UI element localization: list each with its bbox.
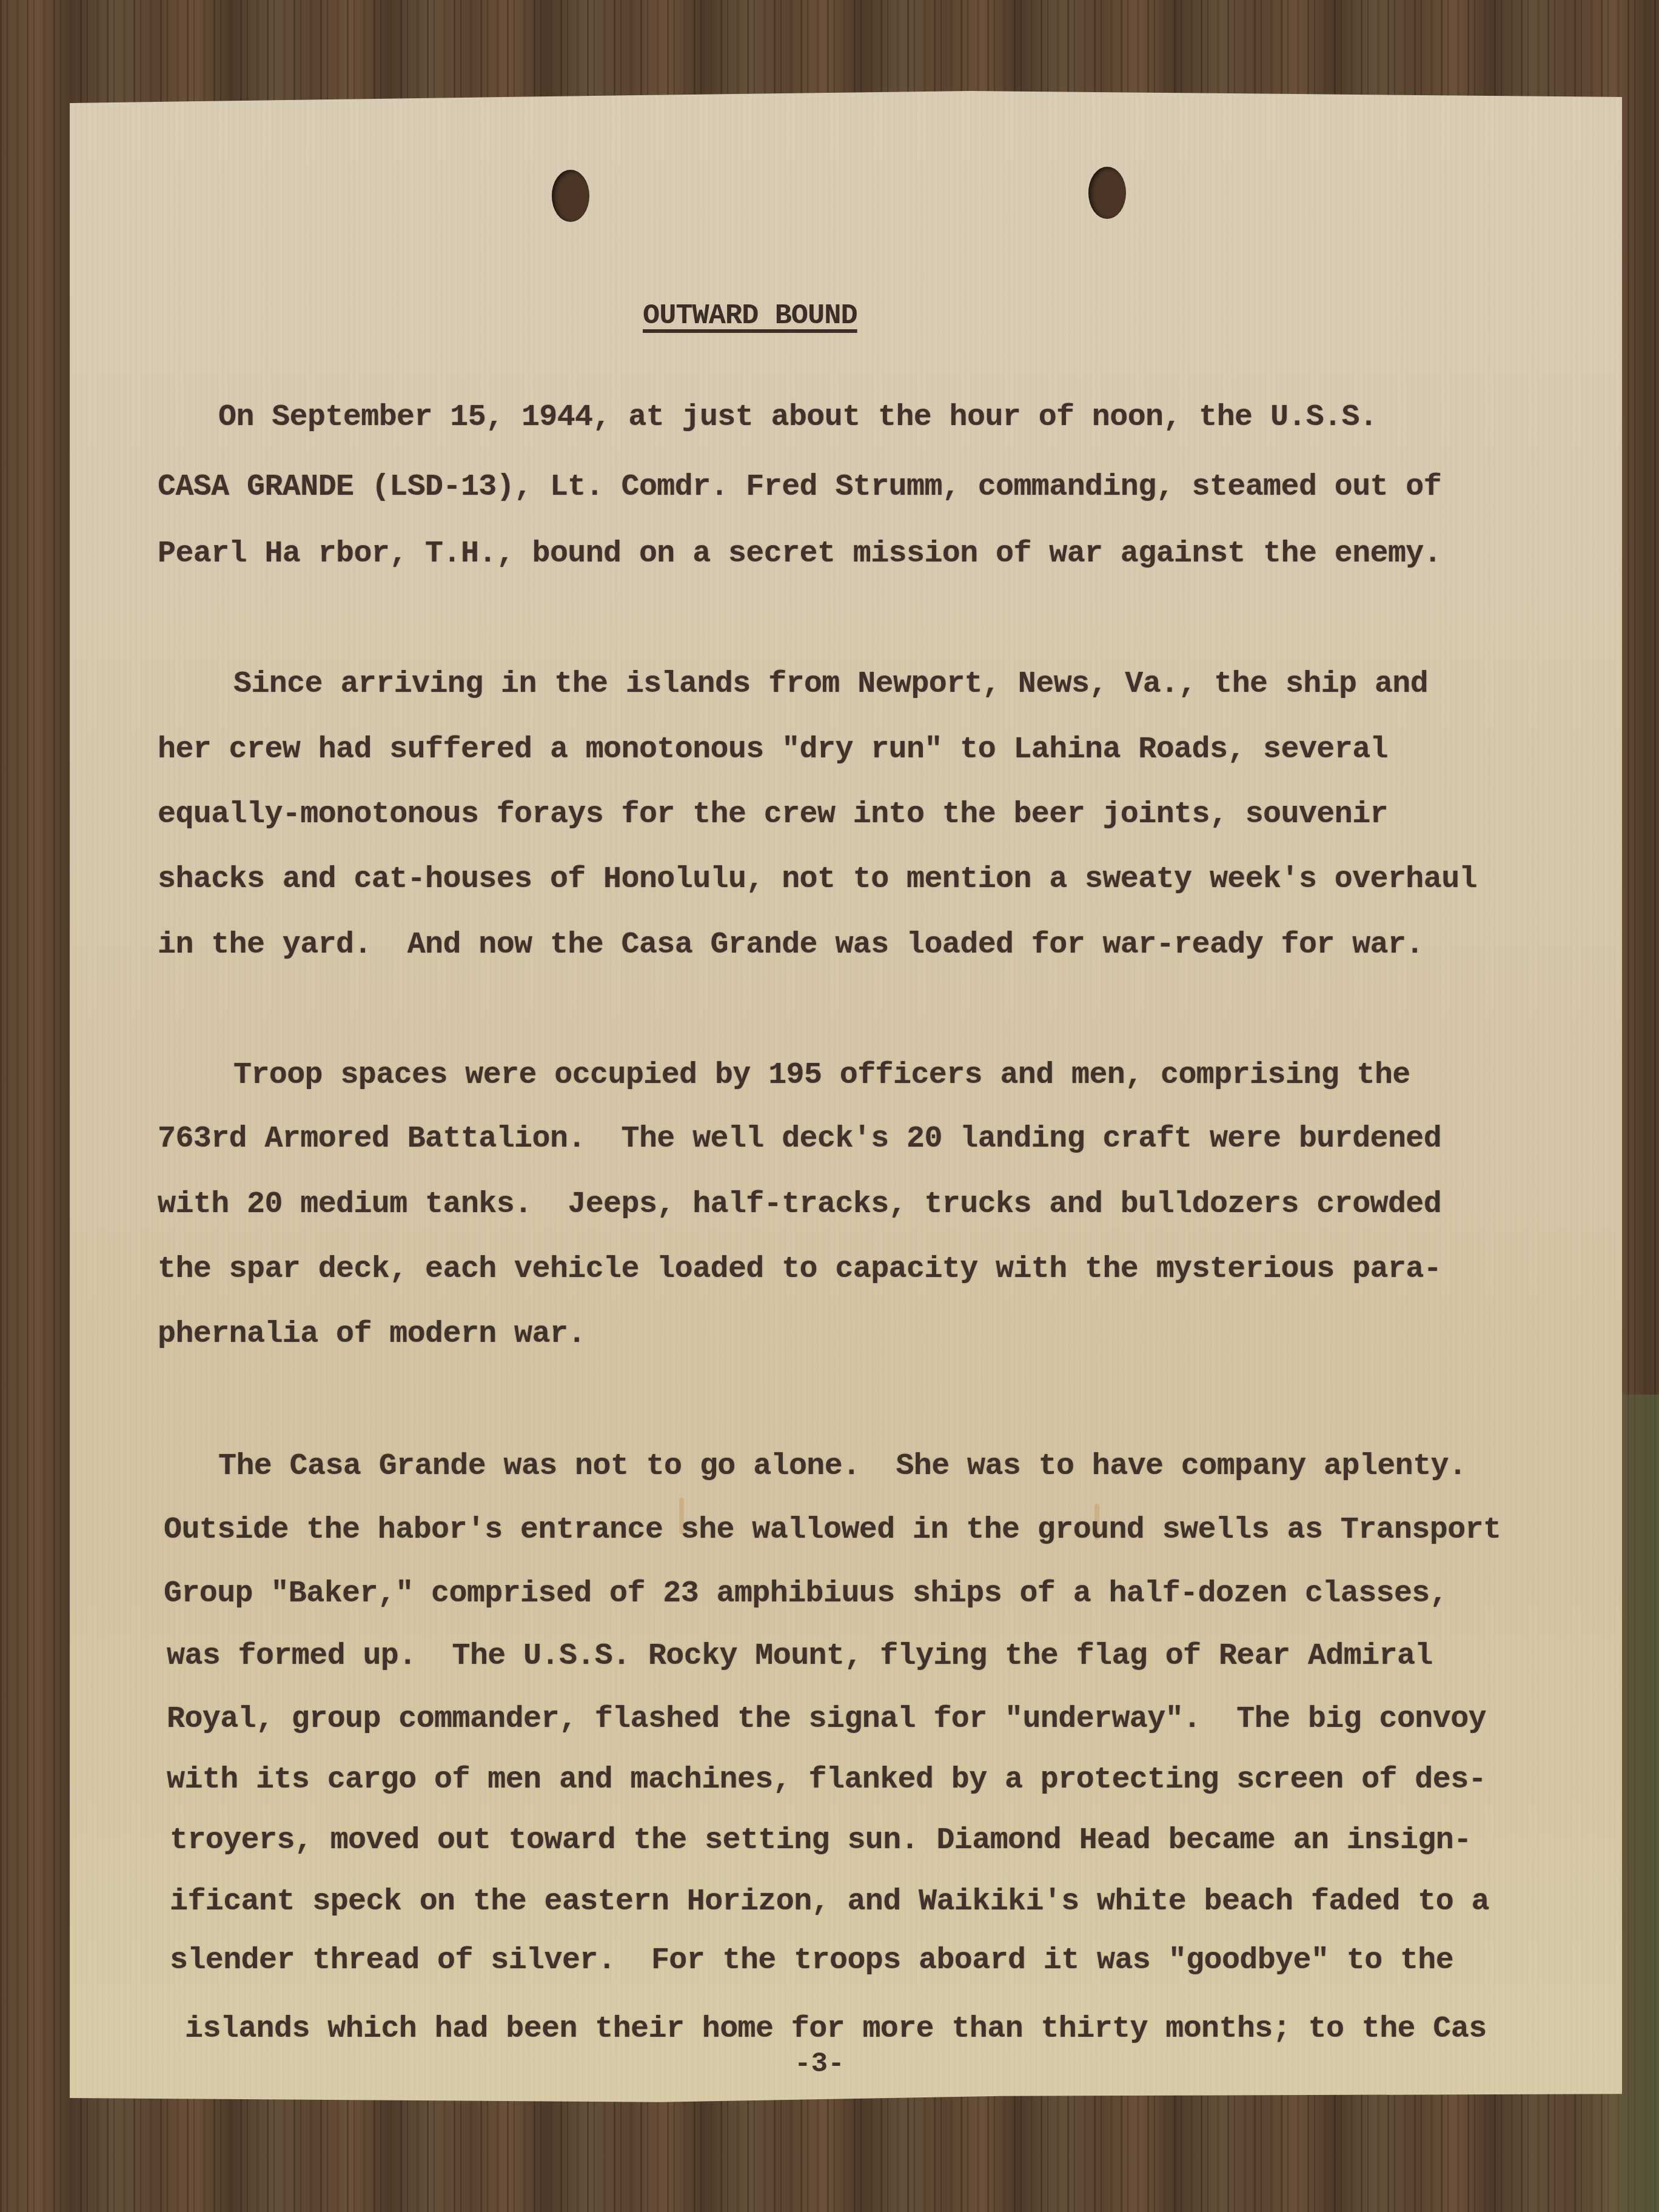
text-line: with its cargo of men and machines, flan… <box>167 1763 1486 1797</box>
text-line: Outside the habor's entrance she wallowe… <box>164 1513 1501 1547</box>
text-line: Group "Baker," comprised of 23 amphibiuu… <box>164 1577 1447 1611</box>
text-line: Since arriving in the islands from Newpo… <box>233 667 1428 702</box>
text-line: troyers, moved out toward the setting su… <box>170 1823 1472 1858</box>
text-line: The Casa Grande was not to go alone. She… <box>218 1449 1466 1484</box>
text-line: slender thread of silver. For the troops… <box>170 1943 1453 1978</box>
document-body: On September 15, 1944, at just about the… <box>70 91 1622 2110</box>
text-line: islands which had been their home for mo… <box>185 2012 1487 2046</box>
page-number: -3- <box>794 2048 845 2080</box>
text-line: phernalia of modern war. <box>158 1317 586 1352</box>
text-line: the spar deck, each vehicle loaded to ca… <box>158 1252 1441 1287</box>
text-line: On September 15, 1944, at just about the… <box>218 400 1377 435</box>
text-line: ificant speck on the eastern Horizon, an… <box>170 1885 1489 1919</box>
text-line: CASA GRANDE (LSD-13), Lt. Comdr. Fred St… <box>158 470 1441 504</box>
text-line: Royal, group commander, flashed the sign… <box>167 1702 1486 1737</box>
text-line: was formed up. The U.S.S. Rocky Mount, f… <box>167 1639 1433 1674</box>
text-line: 763rd Armored Battalion. The well deck's… <box>158 1122 1441 1156</box>
text-line: Troop spaces were occupied by 195 office… <box>233 1058 1410 1093</box>
text-line: with 20 medium tanks. Jeeps, half-tracks… <box>158 1187 1441 1222</box>
text-line: in the yard. And now the Casa Grande was… <box>158 928 1424 962</box>
text-line: equally-monotonous forays for the crew i… <box>158 797 1388 832</box>
typewritten-page: OUTWARD BOUND On September 15, 1944, at … <box>70 91 1622 2110</box>
text-line: shacks and cat-houses of Honolulu, not t… <box>158 862 1477 897</box>
text-line: her crew had suffered a monotonous "dry … <box>158 732 1388 767</box>
text-line: Pearl Ha rbor, T.H., bound on a secret m… <box>158 537 1441 571</box>
